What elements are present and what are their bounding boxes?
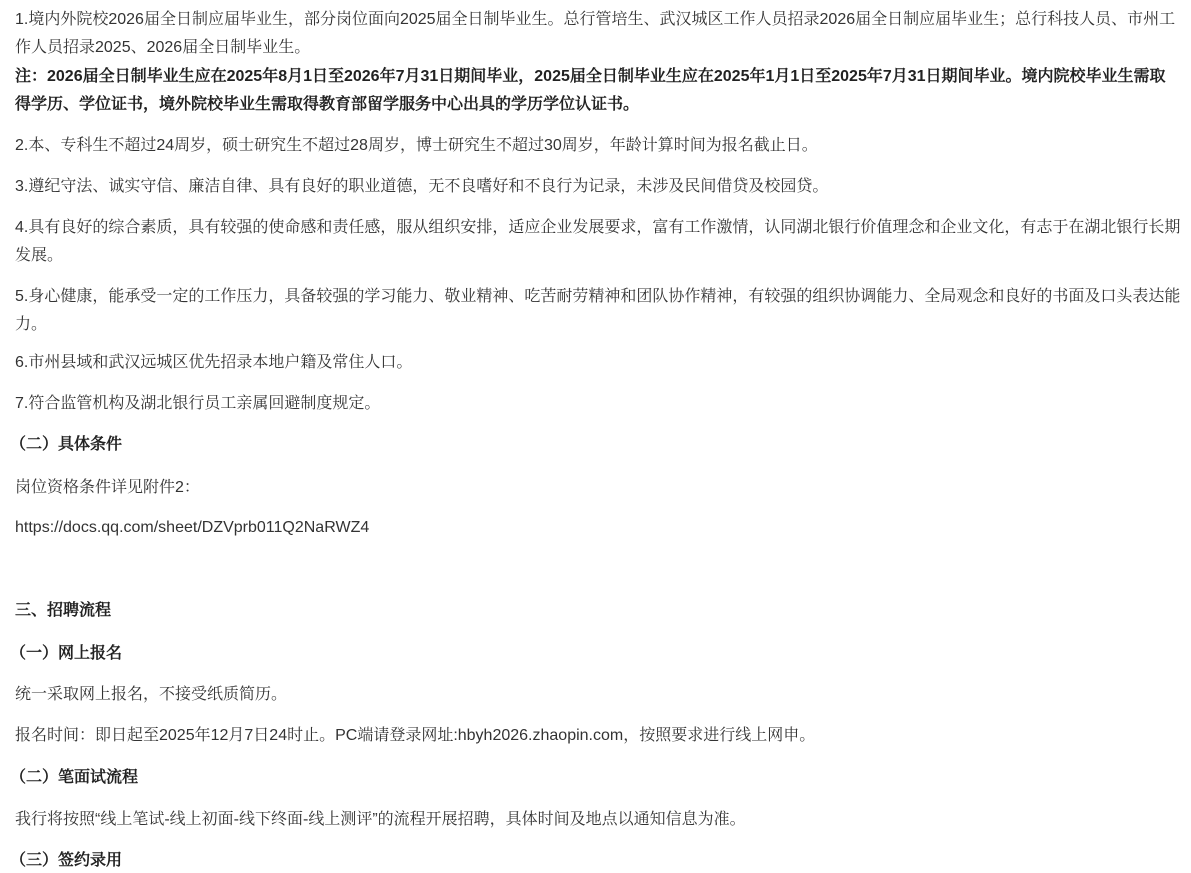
- requirement-2: 2.本、专科生不超过24周岁，硕士研究生不超过28周岁，博士研究生不超过30周岁…: [15, 132, 1181, 160]
- specific-conditions-text: 岗位资格条件详见附件2：: [15, 474, 1181, 502]
- registration-time-text: 报名时间：即日起至2025年12月7日24时止。PC端请登录网址:hbyh202…: [15, 722, 1181, 750]
- graduation-note: 注：2026届全日制毕业生应在2025年8月1日至2026年7月31日期间毕业，…: [15, 63, 1181, 119]
- specific-conditions-link-para: https://docs.qq.com/sheet/DZVprb011Q2NaR…: [15, 514, 1181, 542]
- subheading-signing-hiring: （三）签约录用: [10, 847, 1176, 873]
- subheading-online-registration: （一）网上报名: [10, 640, 1176, 668]
- subheading-exam-process: （二）笔面试流程: [10, 764, 1176, 792]
- subheading-specific-conditions: （二）具体条件: [10, 431, 1176, 459]
- attachment-link[interactable]: https://docs.qq.com/sheet/DZVprb011Q2NaR…: [15, 519, 369, 536]
- online-registration-text: 统一采取网上报名，不接受纸质简历。: [15, 681, 1181, 709]
- requirement-6: 6.市州县域和武汉远城区优先招录本地户籍及常住人口。: [15, 349, 1181, 377]
- requirement-5: 5.身心健康，能承受一定的工作压力，具备较强的学习能力、敬业精神、吃苦耐劳精神和…: [15, 283, 1181, 339]
- exam-process-text: 我行将按照“线上笔试-线上初面-线下终面-线上测评”的流程开展招聘，具体时间及地…: [15, 806, 1181, 834]
- requirement-1: 1.境内外院校2026届全日制应届毕业生，部分岗位面向2025届全日制毕业生。总…: [15, 6, 1181, 62]
- requirement-7: 7.符合监管机构及湖北银行员工亲属回避制度规定。: [15, 390, 1181, 418]
- article-body: 1.境内外院校2026届全日制应届毕业生，部分岗位面向2025届全日制毕业生。总…: [0, 0, 1191, 873]
- section-heading-recruitment-process: 三、招聘流程: [15, 597, 1181, 625]
- requirement-4: 4.具有良好的综合素质，具有较强的使命感和责任感，服从组织安排，适应企业发展要求…: [15, 214, 1181, 270]
- requirement-3: 3.遵纪守法、诚实守信、廉洁自律、具有良好的职业道德，无不良嗜好和不良行为记录，…: [15, 173, 1181, 201]
